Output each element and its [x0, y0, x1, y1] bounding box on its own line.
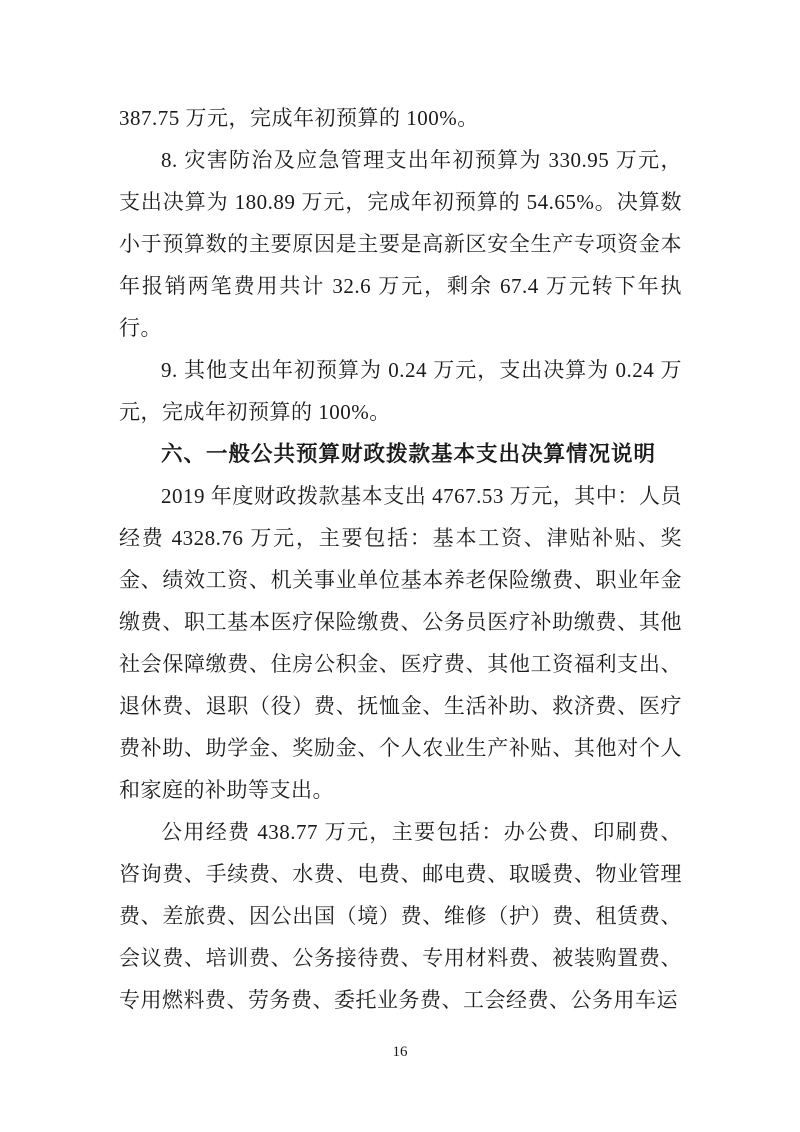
document-page: 387.75 万元，完成年初预算的 100%。 8. 灾害防治及应急管理支出年初… [0, 0, 800, 1132]
paragraph-item-9-other-expenditure: 9. 其他支出年初预算为 0.24 万元，支出决算为 0.24 万元，完成年初预… [119, 349, 682, 433]
paragraph-public-expenses: 公用经费 438.77 万元，主要包括：办公费、印刷费、咨询费、手续费、水费、电… [119, 811, 682, 1021]
section-heading-basic-expenditure: 六、一般公共预算财政拨款基本支出决算情况说明 [119, 433, 682, 475]
page-number: 16 [0, 1042, 800, 1062]
document-body: 387.75 万元，完成年初预算的 100%。 8. 灾害防治及应急管理支出年初… [119, 97, 682, 1021]
paragraph-budget-completion-continuation: 387.75 万元，完成年初预算的 100%。 [119, 97, 682, 139]
paragraph-item-8-disaster-prevention: 8. 灾害防治及应急管理支出年初预算为 330.95 万元，支出决算为 180.… [119, 139, 682, 349]
paragraph-personnel-expenses: 2019 年度财政拨款基本支出 4767.53 万元，其中：人员经费 4328.… [119, 475, 682, 811]
